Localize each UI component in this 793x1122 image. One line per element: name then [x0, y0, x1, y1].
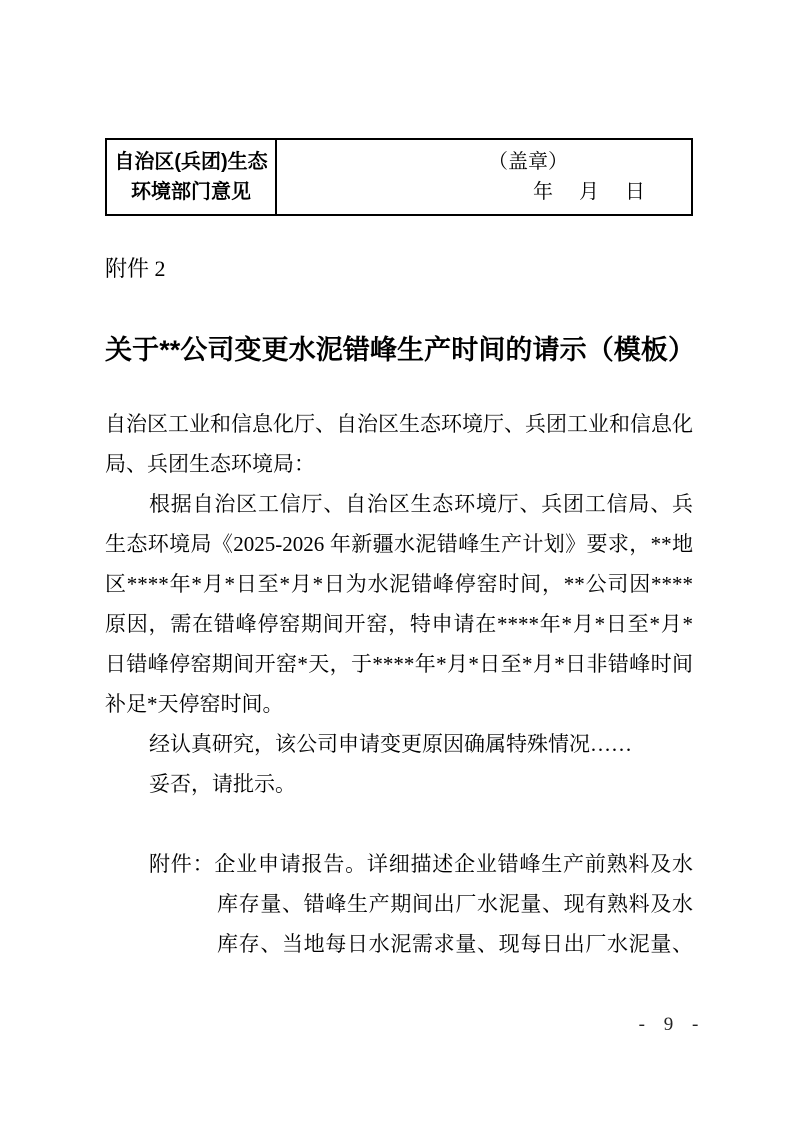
date-month-label: 月	[579, 177, 599, 207]
paragraph: 根据自治区工信厅、自治区生态环境厅、兵团工信局、兵团生态环境局《2025-202…	[105, 484, 693, 724]
body-line: 经认真研究，该公司申请变更原因确属特殊情况……	[105, 724, 693, 764]
paragraph: 妥否，请批示。	[105, 764, 693, 804]
body-paragraphs: 自治区工业和信息化厅、自治区生态环境厅、兵团工业和信息化局、兵团生态环境局：根据…	[105, 404, 693, 964]
document-page: 自治区(兵团)生态 环境部门意见 （盖章） 年 月 日 附件 2 关于**公司变…	[0, 0, 793, 1122]
date-line: 年 月 日	[277, 177, 691, 207]
date-year-label: 年	[533, 177, 553, 207]
document-title: 关于**公司变更水泥错峰生产时间的请示（模板）	[105, 328, 695, 367]
body-line: 日错峰停窑期间开窑*天，于****年*月*日至*月*日非错峰时间	[105, 644, 693, 684]
body-line: 库存量、错峰生产期间出厂水泥量、现有熟料及水泥	[105, 884, 693, 924]
body-line: 局、兵团生态环境局：	[105, 444, 693, 484]
paragraph: 附件：企业申请报告。详细描述企业错峰生产前熟料及水泥库存量、错峰生产期间出厂水泥…	[105, 844, 693, 964]
attachment-number-label: 附件 2	[105, 252, 166, 283]
opinion-header-line1: 自治区(兵团)生态	[114, 147, 267, 177]
body-line: 库存、当地每日水泥需求量、现每日出厂水泥量、现	[105, 924, 693, 964]
date-day-label: 日	[625, 177, 645, 207]
body-line: 附件：企业申请报告。详细描述企业错峰生产前熟料及水泥	[105, 844, 693, 884]
stamp-cell: （盖章） 年 月 日	[277, 140, 691, 214]
stamp-label: （盖章）	[277, 147, 691, 177]
body-line: 生态环境局《2025-2026 年新疆水泥错峰生产计划》要求，**地	[105, 524, 693, 564]
body-line: 妥否，请批示。	[105, 764, 693, 804]
page-number: - 9 -	[630, 1014, 710, 1036]
body-line: 原因，需在错峰停窑期间开窑，特申请在****年*月*日至*月*	[105, 604, 693, 644]
body-line: 自治区工业和信息化厅、自治区生态环境厅、兵团工业和信息化	[105, 404, 693, 444]
body-line: 补足*天停窑时间。	[105, 684, 693, 724]
opinion-header-line2: 环境部门意见	[131, 177, 251, 207]
opinion-header-cell: 自治区(兵团)生态 环境部门意见	[107, 140, 277, 214]
stamp-opinion-table: 自治区(兵团)生态 环境部门意见 （盖章） 年 月 日	[105, 138, 693, 216]
body-line: 根据自治区工信厅、自治区生态环境厅、兵团工信局、兵团	[105, 484, 693, 524]
paragraph: 经认真研究，该公司申请变更原因确属特殊情况……	[105, 724, 693, 764]
paragraph: 自治区工业和信息化厅、自治区生态环境厅、兵团工业和信息化局、兵团生态环境局：	[105, 404, 693, 484]
body-line: 区****年*月*日至*月*日为水泥错峰停窑时间，**公司因****	[105, 564, 693, 604]
